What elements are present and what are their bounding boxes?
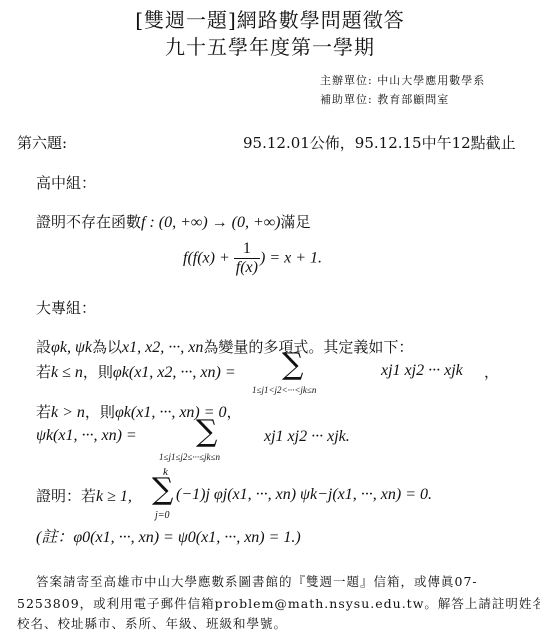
intro-mid: 為以 — [92, 338, 122, 356]
footer-line-2: 5253809，或利用電子郵件信箱problem@math.nsysu.edu.… — [17, 594, 540, 612]
prove-expr: (−1)j φj(x1, ···, xn) ψk−j(x1, ···, xn) … — [176, 486, 432, 504]
case1-then: ，則 — [83, 363, 113, 381]
sum-icon: ∑ — [196, 417, 217, 447]
high-school-statement: 證明不存在函數f : (0, +∞) → (0, +∞)滿足 — [36, 211, 311, 232]
prove-sum-lower: j=0 — [155, 510, 170, 521]
case1-end: ， — [484, 361, 499, 382]
high-school-label: 高中組： — [36, 172, 96, 193]
equation-left: f(f(x) + — [183, 250, 234, 267]
problem-schedule: 95.12.01公佈，95.12.15中午12點截止 — [243, 132, 516, 153]
sum-icon: ∑ — [282, 350, 303, 380]
university-label: 大專組： — [36, 297, 96, 318]
intro-prefix: 設 — [36, 338, 51, 356]
footer-line-3: 校名、校址縣市、系所、年級、班級和學號。 — [17, 614, 287, 632]
title-line-2: 九十五學年度第一學期 — [0, 31, 540, 60]
co-organizer: 補助單位: 教育部顧問室 — [320, 91, 449, 107]
case1-sum-lower: 1≤j1<j2<···<jk≤n — [252, 385, 316, 395]
organizer: 主辦單位: 中山大學應用數學系 — [320, 72, 485, 88]
psi-sum-lower: 1≤j1≤j2≤···≤jk≤n — [159, 452, 220, 462]
fraction-denominator: f(x) — [234, 259, 260, 277]
university-intro: 設φk, ψk為以x1, x2, ···, xn為變量的多項式。其定義如下： — [36, 336, 413, 357]
statement-suffix: 滿足 — [281, 213, 311, 231]
case2-end: ， — [227, 403, 242, 421]
equation-right: ) = x + 1. — [260, 250, 322, 267]
case1-lhs: φk(x1, x2, ···, xn) = — [113, 364, 236, 381]
intro-suffix: 為變量的多項式。其定義如下： — [203, 338, 413, 356]
case2-prefix: 若 — [36, 403, 51, 421]
equation-fraction: 1f(x) — [234, 240, 260, 277]
prove-line: 證明：若k ≥ 1, — [36, 485, 132, 506]
statement-prefix: 證明不存在函數 — [36, 213, 141, 231]
sum-icon: ∑ — [152, 475, 173, 505]
case2-then: ，則 — [85, 403, 115, 421]
case1-line: 若k ≤ n，則φk(x1, x2, ···, xn) = — [36, 361, 236, 382]
title-line-1: [雙週一題]網路數學問題徵答 — [0, 4, 540, 33]
psi-lhs: ψk(x1, ···, xn) = — [36, 427, 137, 445]
footer-line-1: 答案請寄至高雄市中山大學應數系圖書館的『雙週一題』信箱，或傳眞07- — [36, 572, 478, 590]
intro-vars: φk, ψk — [51, 339, 92, 356]
intro-xs: x1, x2, ···, xn — [122, 339, 203, 356]
problem-number: 第六題: — [17, 132, 67, 153]
prove-prefix: 證明：若 — [36, 487, 96, 505]
case1-term: xj1 xj2 ··· xjk — [381, 362, 463, 380]
high-school-equation: f(f(x) + 1f(x)) = x + 1. — [183, 240, 322, 277]
fraction-numerator: 1 — [234, 240, 260, 259]
note: (註：φ0(x1, ···, xn) = ψ0(x1, ···, xn) = 1… — [36, 524, 301, 547]
psi-term: xj1 xj2 ··· xjk. — [264, 428, 350, 446]
case2-cond: k > n — [51, 404, 85, 421]
case1-cond: k ≤ n — [51, 364, 83, 381]
statement-math: f : (0, +∞) → (0, +∞) — [141, 214, 281, 231]
case1-prefix: 若 — [36, 363, 51, 381]
prove-cond: k ≥ 1, — [96, 488, 132, 505]
